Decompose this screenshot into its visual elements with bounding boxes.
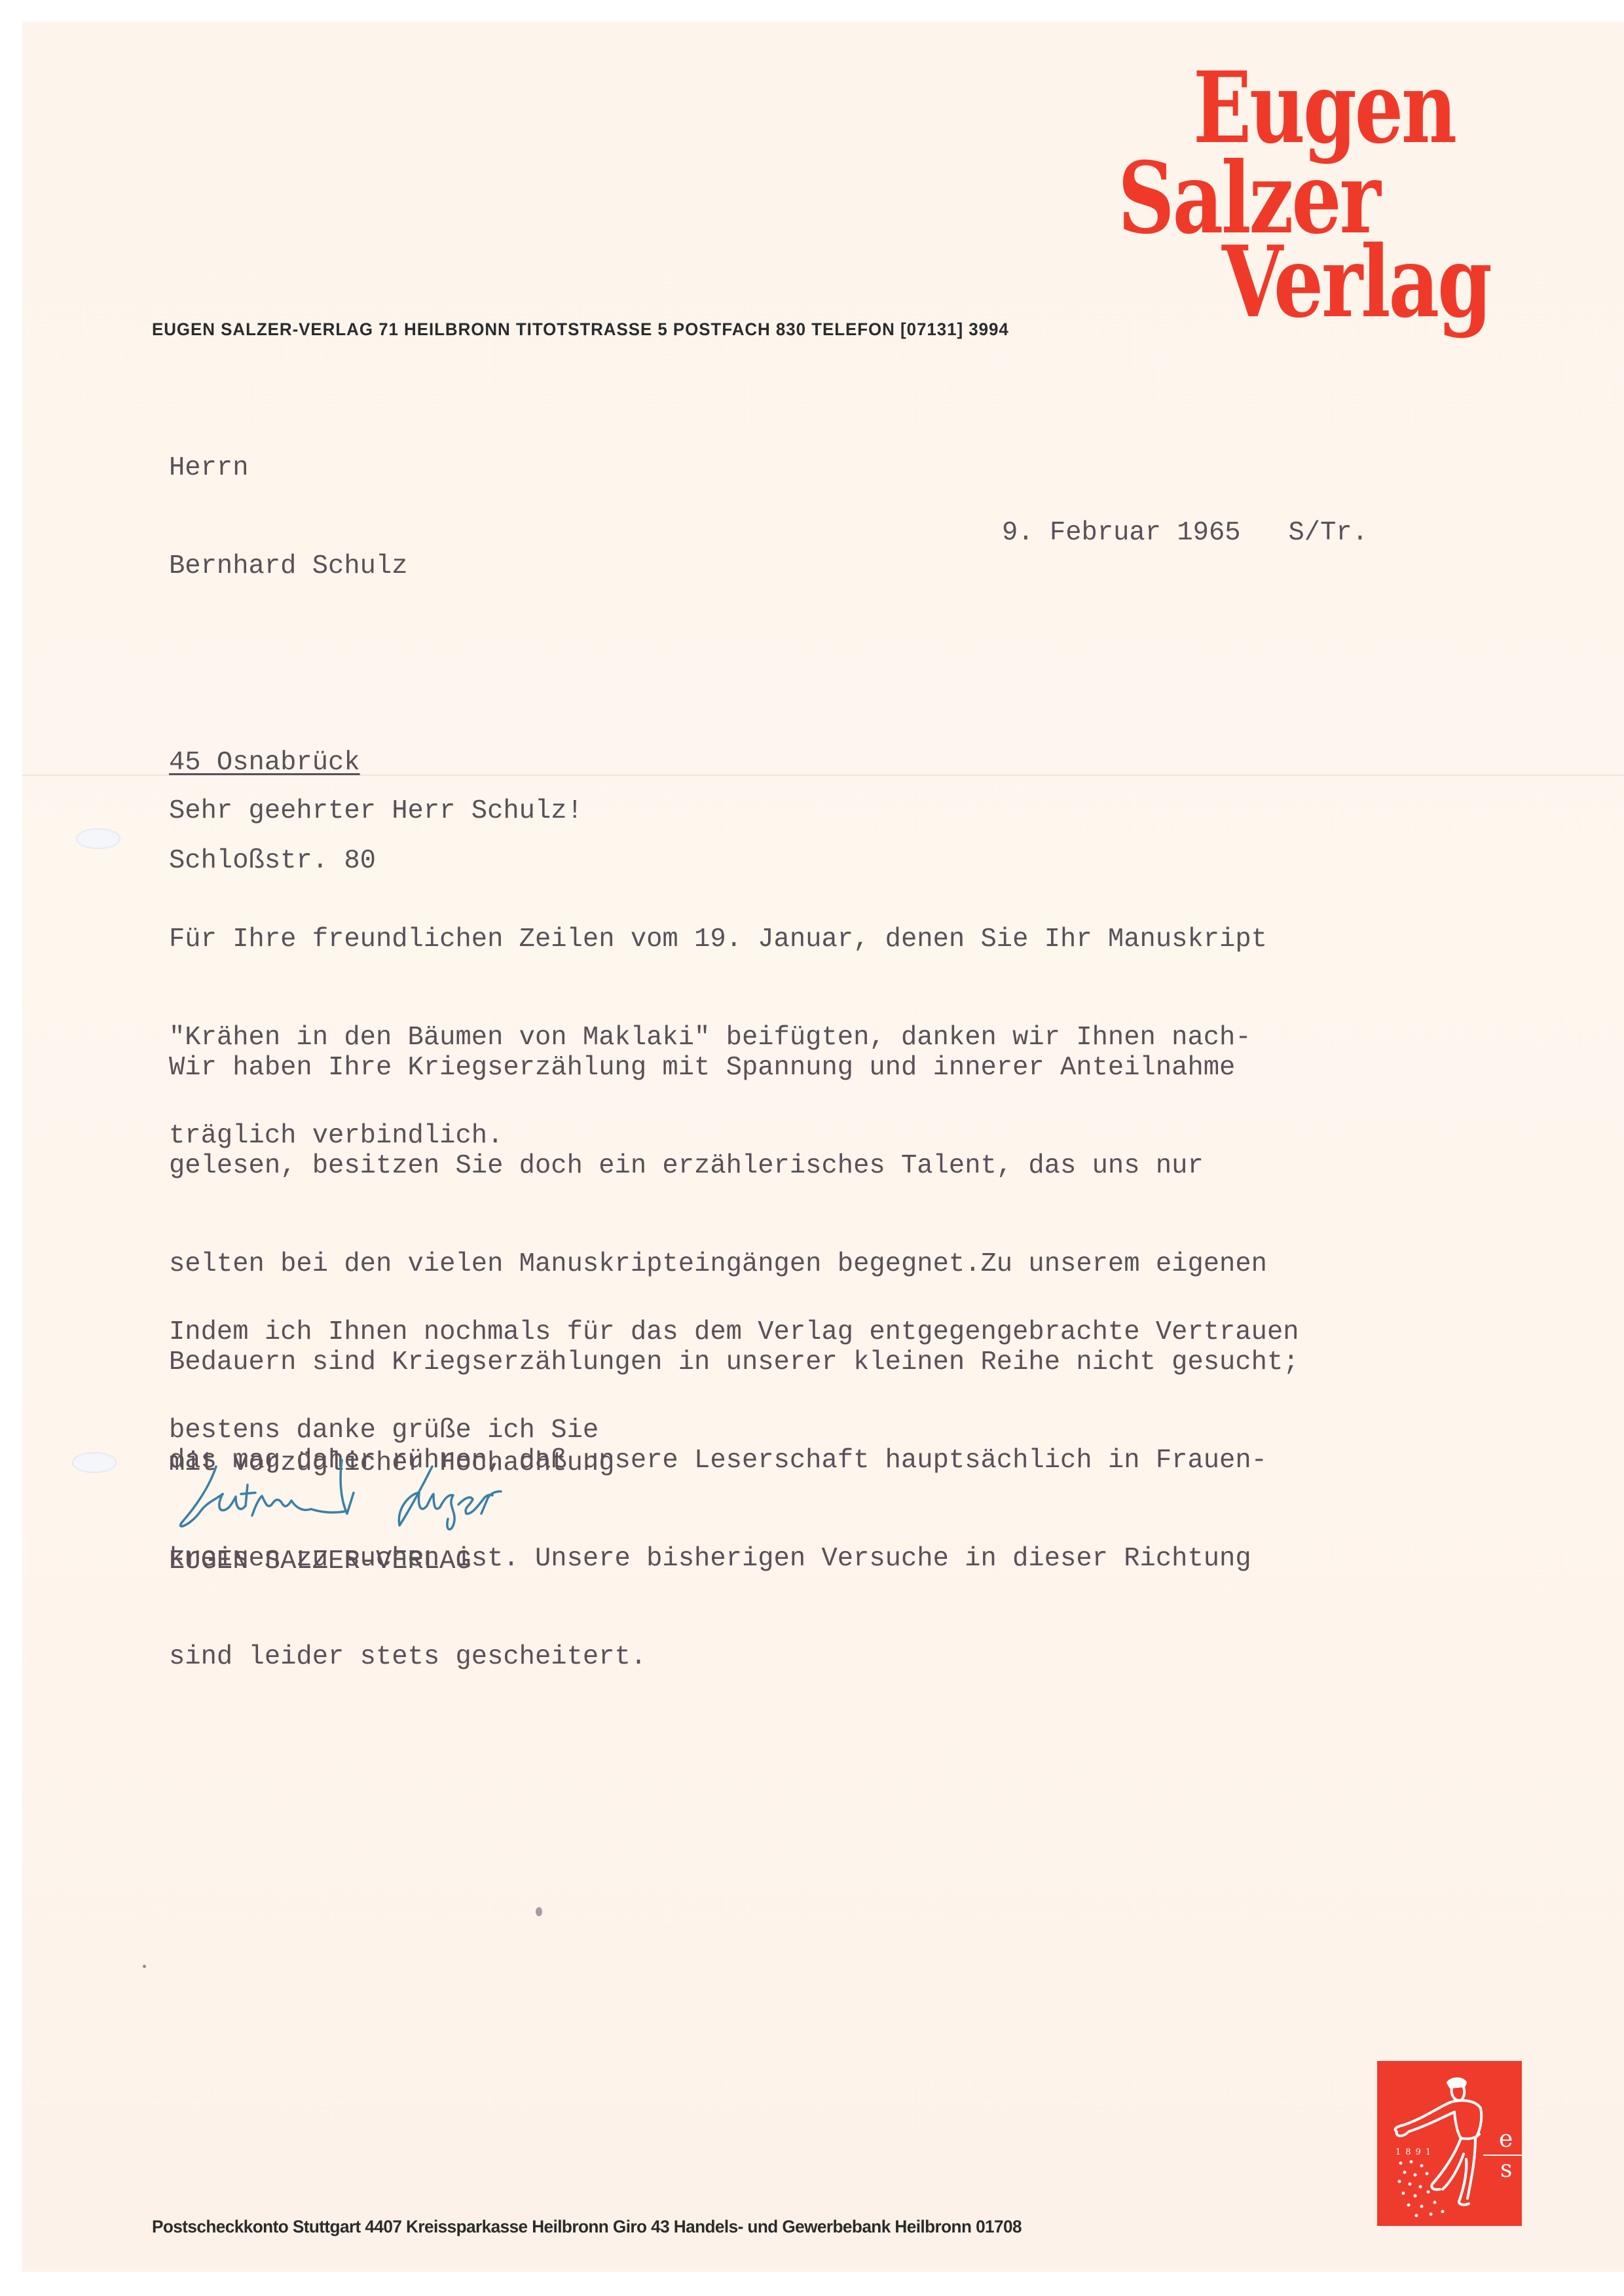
emblem-year: 1891 — [1395, 2147, 1435, 2157]
footer-bank-details: Postscheckkonto Stuttgart 4407 Kreisspar… — [152, 2217, 1022, 2237]
paper-speck — [143, 1965, 146, 1968]
text-line: Wir haben Ihre Kriegserzählung mit Spann… — [169, 1051, 1299, 1084]
recipient-title: Herrn — [169, 452, 408, 484]
spacer — [169, 648, 408, 681]
date-reference-line: 9. Februar 1965 S/Tr. — [1002, 517, 1368, 549]
recipient-city: 45 Osnabrück — [169, 746, 408, 779]
letterhead-address: EUGEN SALZER-VERLAG 71 HEILBRONN TITOTST… — [152, 319, 1009, 340]
emblem-monogram-s: s — [1500, 2158, 1512, 2181]
letter-date: 9. Februar 1965 — [1002, 518, 1241, 548]
text-line: Für Ihre freundlichen Zeilen vom 19. Jan… — [169, 923, 1267, 956]
emblem-monogram-e: e — [1499, 2128, 1513, 2151]
recipient-name: Bernhard Schulz — [169, 550, 408, 583]
scattered-seeds-icon — [1397, 2159, 1449, 2218]
text-line: gelesen, besitzen Sie doch ein erzähleri… — [169, 1150, 1299, 1182]
letter-salutation: Sehr geehrter Herr Schulz! — [169, 795, 583, 828]
handwritten-signature — [170, 1453, 602, 1532]
paper-speck — [536, 1907, 542, 1916]
text-line: Indem ich Ihnen nochmals für das dem Ver… — [169, 1316, 1299, 1349]
punch-hole-top — [76, 828, 120, 849]
recipient-address: Herrn Bernhard Schulz 45 Osnabrück Schlo… — [169, 386, 408, 910]
sower-icon: 1891 e s — [1377, 2061, 1522, 2226]
closing-company: EUGEN SALZER-VERLAG — [169, 1545, 615, 1578]
text-line: sind leider stets gescheitert. — [169, 1641, 1299, 1673]
reference-code: S/Tr. — [1288, 518, 1368, 548]
logo-verlag: Verlag — [1222, 233, 1490, 331]
punch-hole-bottom — [72, 1452, 117, 1473]
